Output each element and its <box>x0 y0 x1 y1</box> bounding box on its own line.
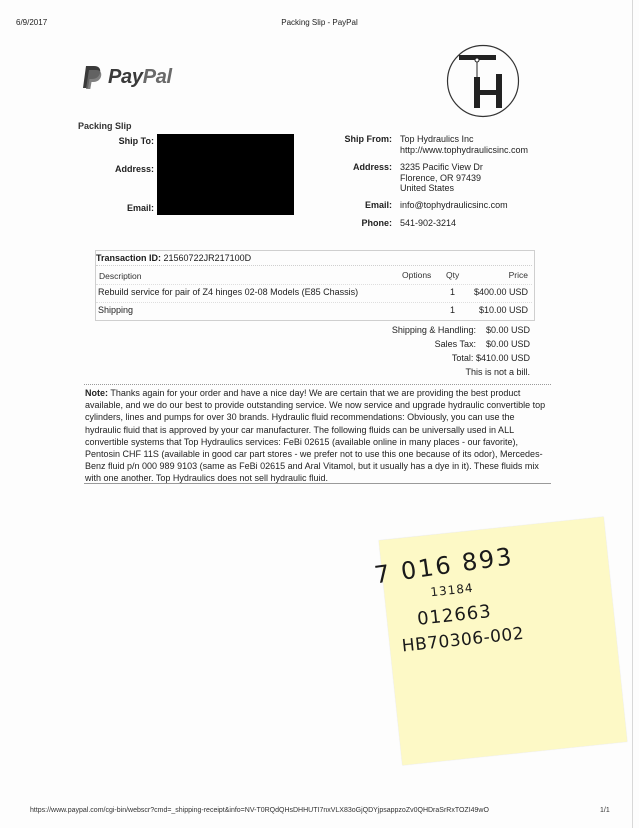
ship-to-label: Ship To: <box>60 136 154 146</box>
paypal-wordmark: PayPal <box>108 66 172 89</box>
column-header-qty: Qty <box>446 270 459 280</box>
total-label: Total: <box>452 353 474 363</box>
ship-from-address-line3: United States <box>400 183 454 194</box>
table-divider <box>96 265 532 266</box>
column-header-description: Description <box>99 271 142 281</box>
column-header-price: Price <box>470 270 528 280</box>
row-divider <box>96 284 532 285</box>
column-header-options: Options <box>402 270 431 280</box>
top-hydraulics-logo-icon <box>445 43 521 119</box>
transaction-id-label: Transaction ID: <box>96 253 161 263</box>
ship-from-label: Ship From: <box>300 134 392 144</box>
paypal-p-icon <box>82 64 102 90</box>
item-price: $10.00 USD <box>456 305 528 315</box>
footer-page-number: 1/1 <box>600 807 610 814</box>
sales-tax-value: $0.00 USD <box>486 339 530 349</box>
total-line: Total: $410.00 USD <box>290 353 530 363</box>
print-title: Packing Slip - PayPal <box>0 18 639 27</box>
note-text: Thanks again for your order and have a n… <box>85 388 545 483</box>
ship-to-email-label: Email: <box>60 203 154 213</box>
ship-from-email[interactable]: info@tophydraulicsinc.com <box>400 200 508 211</box>
sales-tax-line: Sales Tax: $0.00 USD <box>290 339 530 349</box>
note-top-divider <box>84 384 551 385</box>
not-a-bill-notice: This is not a bill. <box>290 367 530 377</box>
row-divider <box>96 302 532 303</box>
shipping-handling-line: Shipping & Handling: $0.00 USD <box>290 325 530 335</box>
paypal-word-pal: Pal <box>143 66 172 88</box>
paypal-logo: PayPal <box>82 64 172 90</box>
paypal-word-pay: Pay <box>108 66 143 88</box>
item-description: Shipping <box>98 305 133 315</box>
ship-from-phone-label: Phone: <box>300 218 392 228</box>
item-qty: 1 <box>450 287 455 297</box>
ship-from-website[interactable]: http://www.tophydraulicsinc.com <box>400 145 528 156</box>
ship-from-address-label: Address: <box>300 162 392 172</box>
item-qty: 1 <box>450 305 455 315</box>
transaction-id-value: 21560722JR217100D <box>164 253 252 263</box>
transaction-id: Transaction ID: 21560722JR217100D <box>96 253 251 263</box>
note-bottom-divider <box>84 483 551 484</box>
handwritten-line-1: 7 016 893 <box>373 542 516 589</box>
table-row: Shipping 1 $10.00 USD <box>96 305 532 319</box>
total-value: $410.00 USD <box>476 353 530 363</box>
item-description: Rebuild service for pair of Z4 hinges 02… <box>98 287 358 297</box>
page-edge <box>632 0 633 828</box>
note-label: Note: <box>85 388 108 398</box>
ship-from-address-line1: 3235 Pacific View Dr <box>400 162 483 173</box>
redacted-recipient-block <box>157 134 294 215</box>
sales-tax-label: Sales Tax: <box>435 339 476 349</box>
ship-to-address-label: Address: <box>60 164 154 174</box>
shipping-handling-label: Shipping & Handling: <box>392 325 476 335</box>
ship-from-phone: 541-902-3214 <box>400 218 456 229</box>
shipping-handling-value: $0.00 USD <box>486 325 530 335</box>
table-row: Rebuild service for pair of Z4 hinges 02… <box>96 287 532 301</box>
seller-note: Note: Thanks again for your order and ha… <box>85 387 550 485</box>
handwritten-line-3: 012663 <box>416 601 493 630</box>
sticky-note: 7 016 893 13184 012663 HB70306-002 <box>379 517 627 765</box>
handwritten-line-2: 13184 <box>430 581 474 599</box>
packing-slip-heading: Packing Slip <box>78 121 132 131</box>
ship-from-email-label: Email: <box>300 200 392 210</box>
ship-from-company: Top Hydraulics Inc <box>400 134 474 145</box>
item-price: $400.00 USD <box>456 287 528 297</box>
footer-url: https://www.paypal.com/cgi-bin/webscr?cm… <box>30 807 489 814</box>
